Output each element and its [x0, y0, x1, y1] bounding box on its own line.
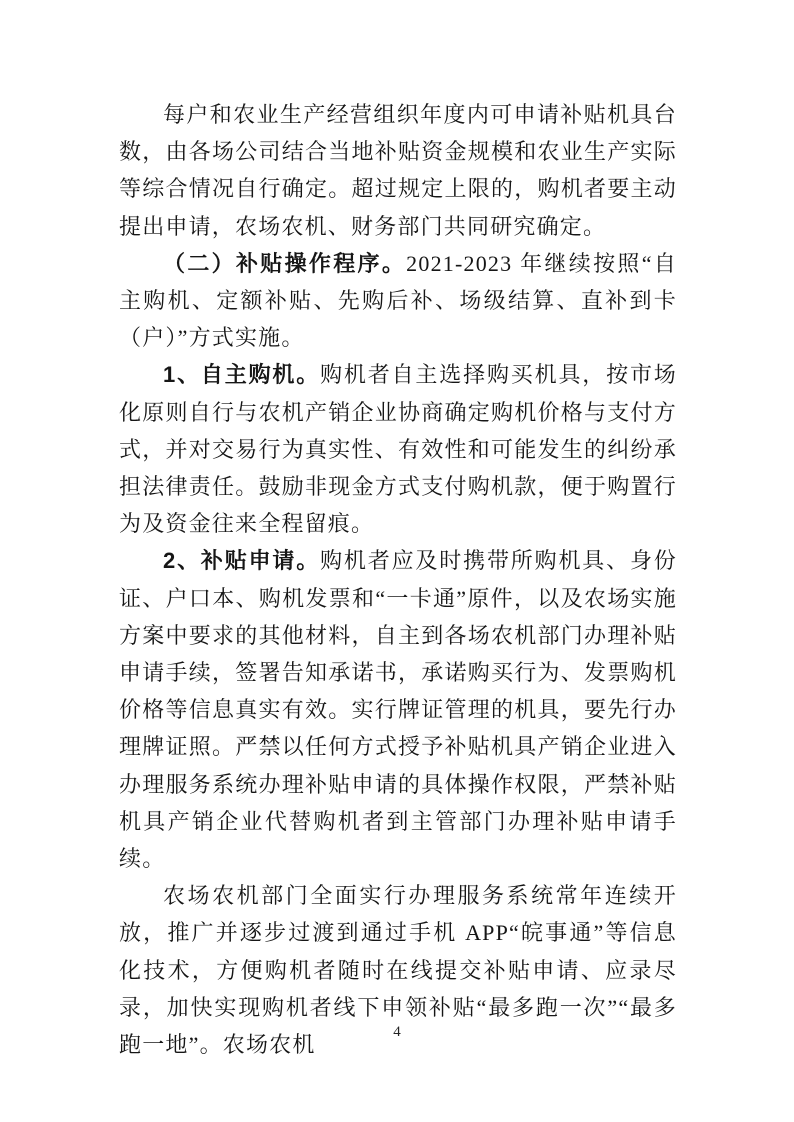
paragraph-text: 每户和农业生产经营组织年度内可申请补贴机具台数，由各场公司结合当地补贴资金规模和… [119, 102, 677, 239]
document-body: 每户和农业生产经营组织年度内可申请补贴机具台数，由各场公司结合当地补贴资金规模和… [119, 96, 677, 1063]
paragraph: 1、自主购机。购机者自主选择购买机具，按市场化原则自行与农机产销企业协商确定购机… [119, 356, 677, 542]
paragraph: 2、补贴申请。购机者应及时携带所购机具、身份证、户口本、购机发票和“一卡通”原件… [119, 542, 677, 877]
paragraph-text: 购机者应及时携带所购机具、身份证、户口本、购机发票和“一卡通”原件，以及农场实施… [119, 548, 677, 871]
paragraph: （二）补贴操作程序。2021-2023 年继续按照“自主购机、定额补贴、先购后补… [119, 245, 677, 357]
page-number: 4 [0, 1024, 794, 1041]
paragraph-lead: 1、自主购机。 [163, 362, 320, 387]
paragraph-text: 购机者自主选择购买机具，按市场化原则自行与农机产销企业协商确定购机价格与支付方式… [119, 362, 677, 536]
paragraph-lead: （二）补贴操作程序。 [163, 251, 406, 276]
paragraph: 每户和农业生产经营组织年度内可申请补贴机具台数，由各场公司结合当地补贴资金规模和… [119, 96, 677, 245]
document-page: 每户和农业生产经营组织年度内可申请补贴机具台数，由各场公司结合当地补贴资金规模和… [0, 0, 794, 1122]
paragraph-lead: 2、补贴申请。 [163, 548, 320, 573]
